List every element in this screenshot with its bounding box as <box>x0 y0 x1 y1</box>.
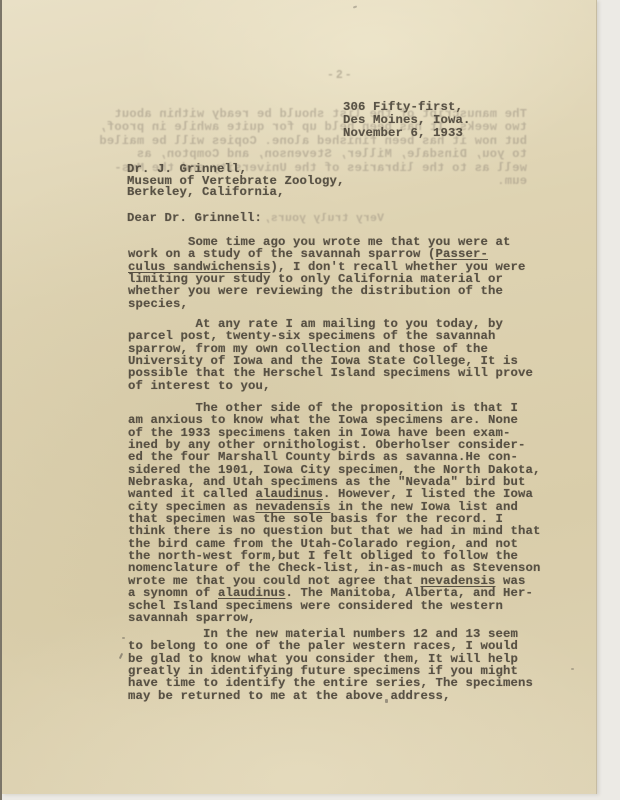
body-paragraph-3: The other side of the proposition is tha… <box>128 402 540 624</box>
text-line: wanted it called alaudinus. However, I l… <box>128 488 540 500</box>
text-line: savannah sparrow, <box>128 612 540 624</box>
recipient-block: Dr. J. Grinnell,Museum of Vertebrate Zoo… <box>127 164 344 199</box>
text-line: of interest to you, <box>128 380 533 392</box>
paper-speck <box>385 699 388 703</box>
text-line: think there is no question but that we h… <box>128 525 540 537</box>
paper-speck <box>119 653 123 659</box>
text-line: ed the four Marshall County birds as sav… <box>128 451 540 463</box>
bleed-page-number: -2- <box>327 69 354 82</box>
text-line: parcel post, twenty-six specimens of the… <box>128 330 533 342</box>
text-line: schel Island specimens were considered t… <box>128 600 540 612</box>
letter-paper: -2- The manuscript of the list should be… <box>2 0 597 794</box>
text-line: may be returned to me at the above addre… <box>128 690 533 702</box>
text-line: Berkeley, California, <box>127 187 344 199</box>
text-line: species, <box>128 298 525 310</box>
text-line: November 6, 1933 <box>343 127 471 140</box>
body-paragraph-1: Some time ago you wrote me that you were… <box>128 236 525 310</box>
date-block: 306 Fifty-first,Des Moines, Iowa.Novembe… <box>343 101 471 141</box>
text-line: possible that the Herschel Island specim… <box>128 367 533 379</box>
text-line: to you, Dinsdale, Miller, Stevenson, and… <box>87 148 527 161</box>
body-paragraph-4: In the new material numbers 12 and 13 se… <box>128 628 533 702</box>
text-line: whether you were reviewing the distribut… <box>128 285 525 297</box>
text-line: have time to identify the entire series,… <box>128 677 533 689</box>
body-paragraph-2: At any rate I am mailing to you today, b… <box>128 318 533 392</box>
text-line: am anxious to know what the Iowa specime… <box>128 414 540 426</box>
paper-speck <box>353 5 357 8</box>
scanned-letter-page: -2- The manuscript of the list should be… <box>0 0 620 800</box>
text-line: to belong to one of the paler western ra… <box>128 640 533 652</box>
paper-speck <box>122 637 125 639</box>
paper-speck <box>571 668 574 670</box>
text-line: a synomn of alaudinus. The Manitoba, Alb… <box>128 587 540 599</box>
salutation: Dear Dr. Grinnell: <box>127 211 262 225</box>
bleed-through-signoff: Very truly yours, <box>250 213 384 225</box>
